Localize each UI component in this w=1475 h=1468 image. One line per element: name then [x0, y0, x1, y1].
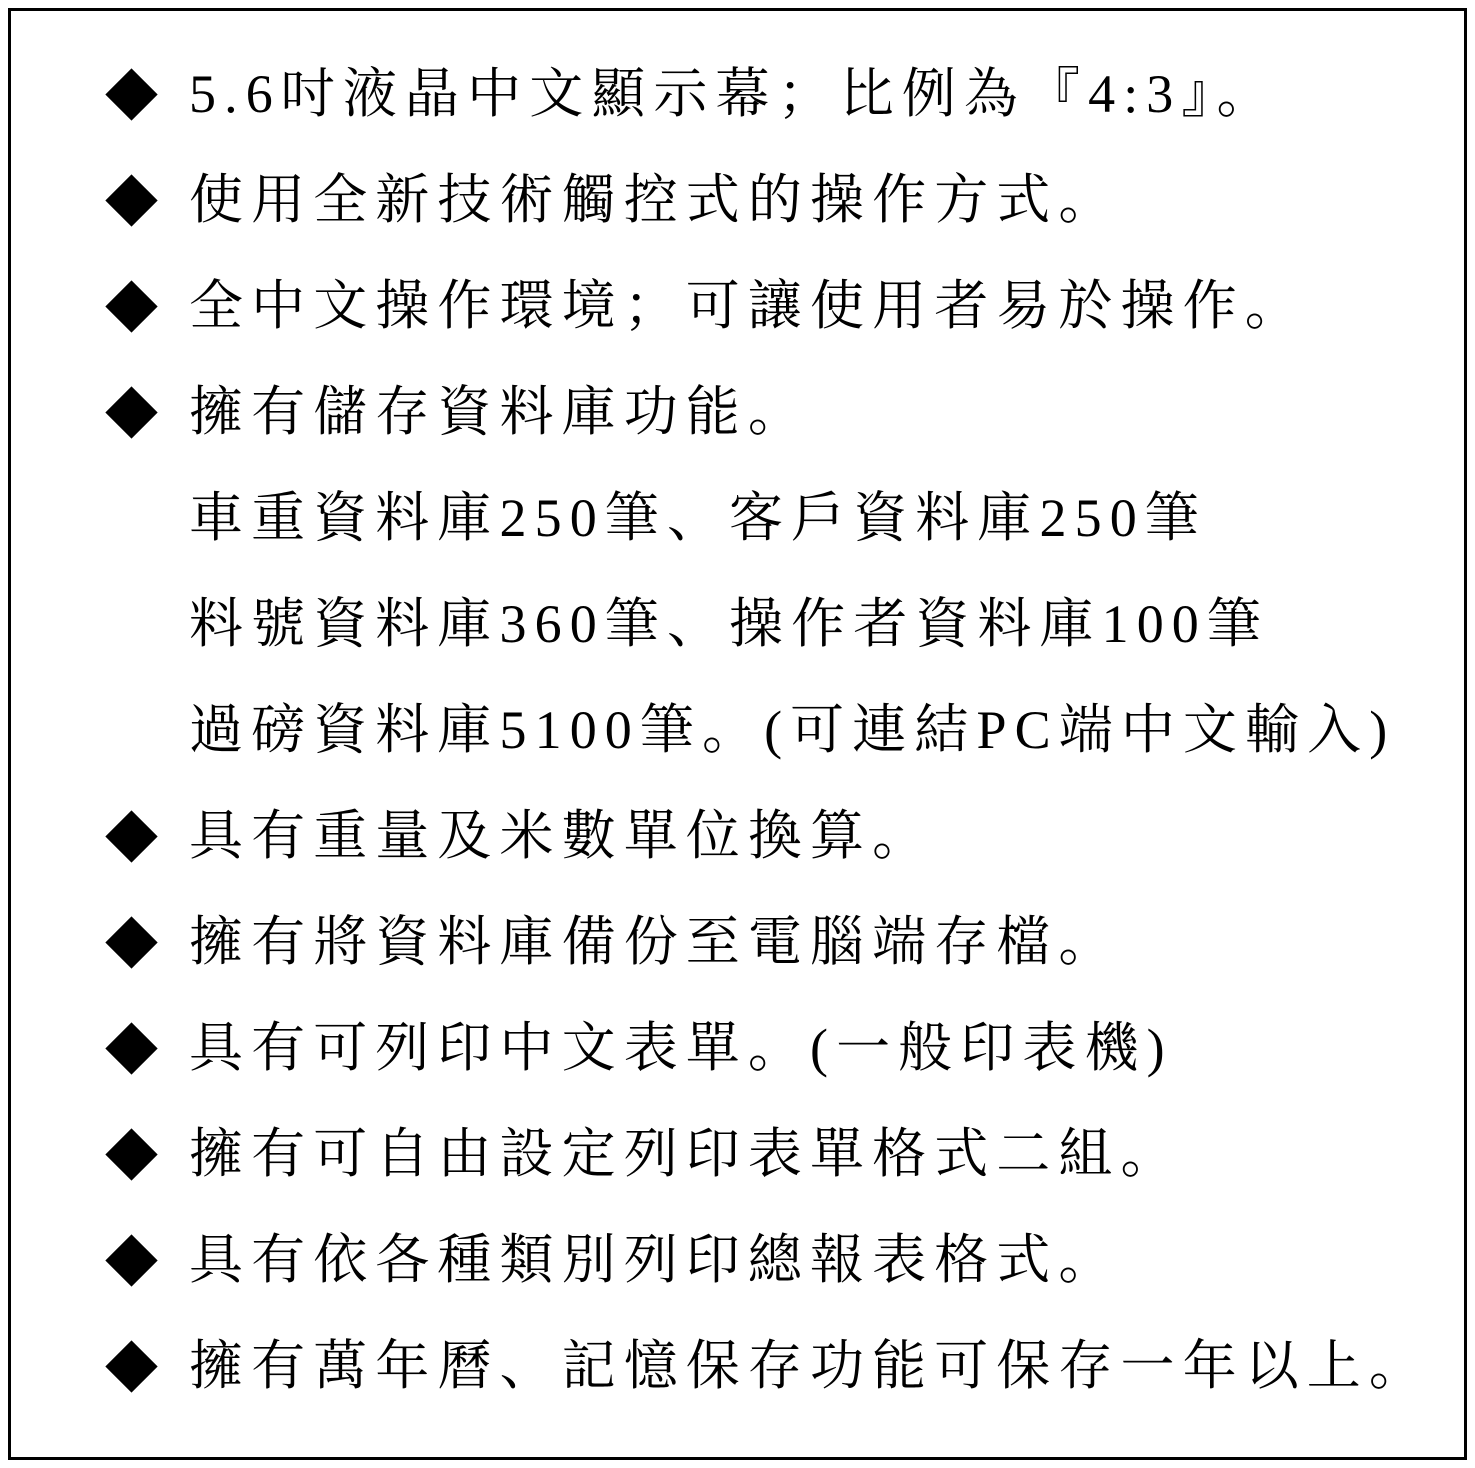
feature-list: 5.6吋液晶中文顯示幕；比例為『4:3』。 使用全新技術觸控式的操作方式。 全中…	[11, 41, 1464, 1419]
document-border: 5.6吋液晶中文顯示幕；比例為『4:3』。 使用全新技術觸控式的操作方式。 全中…	[8, 8, 1467, 1460]
diamond-bullet-icon	[105, 174, 157, 226]
feature-text: 擁有儲存資料庫功能。	[189, 385, 810, 439]
feature-text: 具有重量及米數單位換算。	[189, 809, 934, 863]
feature-text: 具有依各種類別列印總報表格式。	[189, 1233, 1121, 1287]
feature-text: 過磅資料庫5100筆。(可連結PC端中文輸入)	[189, 703, 1395, 757]
diamond-bullet-icon	[105, 1234, 157, 1286]
diamond-bullet-icon	[105, 1022, 157, 1074]
feature-item: 具有可列印中文表單。(一般印表機)	[11, 995, 1464, 1101]
feature-item: 擁有可自由設定列印表單格式二組。	[11, 1101, 1464, 1207]
feature-text: 車重資料庫250筆、客戶資料庫250筆	[189, 491, 1207, 545]
feature-item: 使用全新技術觸控式的操作方式。	[11, 147, 1464, 253]
feature-text: 具有可列印中文表單。(一般印表機)	[189, 1021, 1173, 1075]
feature-item: 全中文操作環境；可讓使用者易於操作。	[11, 253, 1464, 359]
feature-item-sub: 過磅資料庫5100筆。(可連結PC端中文輸入)	[11, 677, 1464, 783]
feature-text: 擁有可自由設定列印表單格式二組。	[189, 1127, 1183, 1181]
feature-item-sub: 料號資料庫360筆、操作者資料庫100筆	[11, 571, 1464, 677]
diamond-bullet-icon	[105, 386, 157, 438]
diamond-bullet-icon	[105, 1128, 157, 1180]
feature-item: 具有重量及米數單位換算。	[11, 783, 1464, 889]
diamond-bullet-icon	[105, 280, 157, 332]
feature-text: 擁有將資料庫備份至電腦端存檔。	[189, 915, 1121, 969]
feature-item: 擁有儲存資料庫功能。	[11, 359, 1464, 465]
diamond-bullet-icon	[105, 68, 157, 120]
feature-text: 使用全新技術觸控式的操作方式。	[189, 173, 1121, 227]
diamond-bullet-icon	[105, 810, 157, 862]
diamond-bullet-icon	[105, 916, 157, 968]
feature-item: 擁有萬年曆、記憶保存功能可保存一年以上。	[11, 1313, 1464, 1419]
feature-item: 5.6吋液晶中文顯示幕；比例為『4:3』。	[11, 41, 1464, 147]
feature-item: 擁有將資料庫備份至電腦端存檔。	[11, 889, 1464, 995]
feature-item: 具有依各種類別列印總報表格式。	[11, 1207, 1464, 1313]
feature-text: 擁有萬年曆、記憶保存功能可保存一年以上。	[189, 1339, 1431, 1393]
diamond-bullet-icon	[105, 1340, 157, 1392]
feature-item-sub: 車重資料庫250筆、客戶資料庫250筆	[11, 465, 1464, 571]
feature-text: 5.6吋液晶中文顯示幕；比例為『4:3』。	[189, 67, 1279, 121]
feature-text: 全中文操作環境；可讓使用者易於操作。	[189, 279, 1307, 333]
feature-text: 料號資料庫360筆、操作者資料庫100筆	[189, 597, 1269, 651]
